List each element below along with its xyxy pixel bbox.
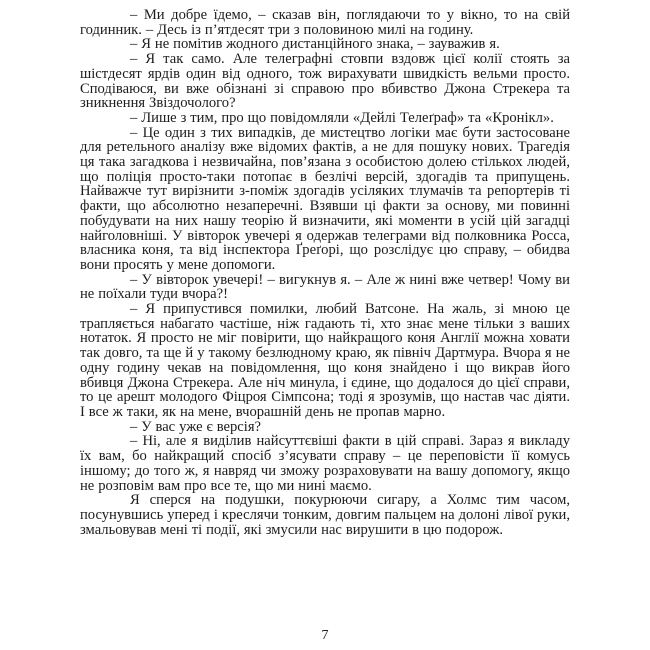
page-number: 7	[0, 629, 650, 643]
paragraph: – У вівторок увечері! – вигукнув я. – Ал…	[80, 273, 570, 302]
paragraph: – Я не помітив жодного дистанційного зна…	[80, 37, 570, 52]
paragraph: Я сперся на подушки, покурюючи сигару, а…	[80, 493, 570, 537]
paragraph: – Ми добре їдемо, – сказав він, поглядаю…	[80, 8, 570, 37]
paragraph: – Це один з тих випадків, де мистецтво л…	[80, 126, 570, 273]
paragraph: – Я припустився помилки, любий Ватсоне. …	[80, 302, 570, 420]
book-page: – Ми добре їдемо, – сказав він, поглядаю…	[0, 0, 650, 650]
paragraph: – У вас уже є версія?	[80, 420, 570, 435]
paragraph: – Я так само. Але телеграфні стовпи вздо…	[80, 52, 570, 111]
paragraph: – Лише з тим, про що повідомляли «Дейлі …	[80, 111, 570, 126]
page-text: – Ми добре їдемо, – сказав він, поглядаю…	[80, 8, 570, 622]
paragraph: – Ні, але я виділив найсуттєвіші факти в…	[80, 434, 570, 493]
